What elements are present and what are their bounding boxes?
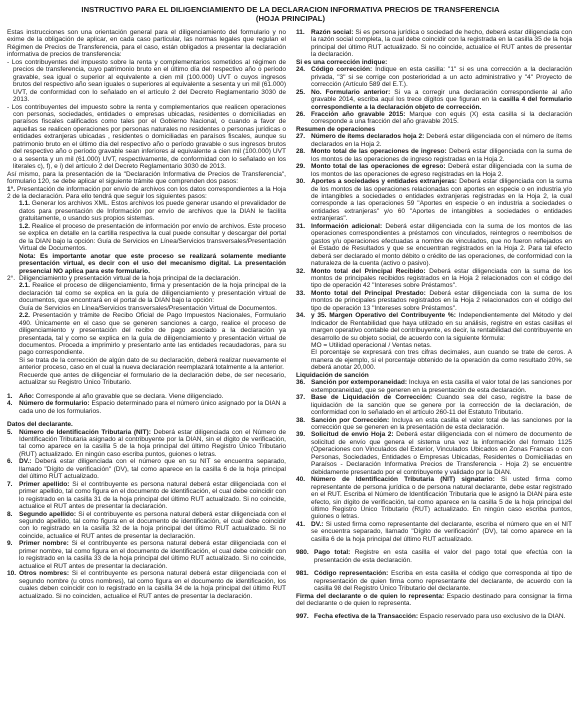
step-2-2: 2.2. Presentación y trámite de Recibo Of… xyxy=(19,312,286,357)
item-24: 24.Código corrección: Indique en esta ca… xyxy=(296,66,572,88)
item-label: Número de formulario: xyxy=(19,400,90,407)
item-number: 10. xyxy=(7,570,19,600)
item-body: Número de Identificación Tributaria (NIT… xyxy=(19,429,286,459)
item-number: 1. xyxy=(7,393,19,400)
item-31: 31.Información adicional: Deberá estar d… xyxy=(296,223,572,268)
item-number: 31. xyxy=(296,223,311,268)
item-label: Monto total del Principal Recibido: xyxy=(311,268,426,275)
item-label: Solicitud de envío Hoja 2: xyxy=(311,431,394,438)
item-4: 4.Número de formulario: Espacio determin… xyxy=(7,400,286,415)
item-26: 26.Fracción año gravable 2015: Marque co… xyxy=(296,111,572,126)
left-column: Estas instrucciones son una orientación … xyxy=(7,29,286,621)
step-2-1: 2.1. Realice el proceso de diligenciamie… xyxy=(19,282,286,304)
item-text: Corresponde al año gravable que se decla… xyxy=(34,393,224,400)
step-1-1: 1.1. Generar los archivos XML. Estos arc… xyxy=(7,200,286,222)
item-7: 7.Primer apellido: Si el contribuyente e… xyxy=(7,481,286,511)
item-number: 34. xyxy=(296,312,311,372)
item-980: 980.Pago total: Registre en esta casilla… xyxy=(296,549,572,564)
item-body: Monto total de las operaciones de egreso… xyxy=(311,163,572,178)
item-32: 32.Monto total del Principal Recibido: D… xyxy=(296,268,572,290)
item-body: Primer nombre: Si el contribuyente es pe… xyxy=(19,540,286,570)
step-1-1-label: 1.1. xyxy=(19,200,30,207)
item-body: Código representación: Escriba en esta c… xyxy=(314,570,572,592)
item-body: Sanción por Corrección: Incluya en esta … xyxy=(311,417,572,432)
item-body: Pago total: Registre en esta casilla el … xyxy=(314,549,572,564)
item-body: Fracción año gravable 2015: Marque con e… xyxy=(311,111,572,126)
step-2-1-text: Realice el proceso de diligenciamiento, … xyxy=(19,282,286,304)
step-1-text: Presentación de información por envío de… xyxy=(7,186,286,200)
item-label: Monto total de las operaciones de egreso… xyxy=(311,163,446,170)
item-number: 11. xyxy=(296,29,311,59)
item-text: Si usted firma como representante de per… xyxy=(311,476,572,520)
firma-label: Firma del declarante o de quien lo repre… xyxy=(296,593,444,600)
item-label: Código corrección: xyxy=(311,66,372,73)
item-body: Monto total de las operaciones de ingres… xyxy=(311,148,572,163)
item-label: Primer nombre: xyxy=(19,540,69,547)
item-text: Deberá estar diligenciada con el número … xyxy=(19,458,286,480)
item-number: 37. xyxy=(296,394,311,416)
item-5: 5.Número de Identificación Tributaria (N… xyxy=(7,429,286,459)
item-body: Sanción por extemporaneidad: Incluya en … xyxy=(311,379,572,394)
item-label: Fecha efectiva de la Transacción: xyxy=(314,613,418,620)
item-number: 28. xyxy=(296,148,311,163)
item-label: Año: xyxy=(19,393,34,400)
item-number: 32. xyxy=(296,268,311,290)
item-body: Número de Identificación Tributaria (NIT… xyxy=(311,476,572,521)
two-column-body: Estas instrucciones son una orientación … xyxy=(6,29,575,621)
item-label: Base de Liquidación de Corrección: xyxy=(311,394,432,401)
item-label: Información adicional: xyxy=(311,223,382,230)
item-body: Aportes a sociedades y entidades extranj… xyxy=(311,178,572,223)
item-36: 36.Sanción por extemporaneidad: Incluya … xyxy=(296,379,572,394)
item-number: 9. xyxy=(7,540,19,570)
item-30: 30.Aportes a sociedades y entidades extr… xyxy=(296,178,572,223)
step-1-2: 1.2. Realice el proceso de presentación … xyxy=(7,223,286,253)
item-label: Código representación: xyxy=(314,570,388,577)
item-27: 27.Número de ítems declarados hoja 2: De… xyxy=(296,133,572,148)
item-34-35: 34. y 35. Margen Operativo del Contribuy… xyxy=(296,312,572,372)
item-number: 40. xyxy=(296,476,311,521)
item-body: Primer apellido: Si el contribuyente es … xyxy=(19,481,286,511)
item-body: DV.: Deberá estar diligenciada con el nú… xyxy=(19,458,286,480)
item-label: Aportes a sociedades y entidades extranj… xyxy=(311,178,457,185)
item-label: Razón social: xyxy=(311,29,353,36)
item-body: Año: Corresponde al año gravable que se … xyxy=(19,393,286,400)
item-label: Otros nombres: xyxy=(19,570,69,577)
step-1-1-text: Generar los archivos XML. Estos archivos… xyxy=(19,200,286,222)
item-9: 9.Primer nombre: Si el contribuyente es … xyxy=(7,540,286,570)
item-text: Registre en esta casilla el valor del pa… xyxy=(314,549,572,563)
item-number: 5. xyxy=(7,429,19,459)
step-2-1-path: Guía de Servicios en Línea/Servicios tra… xyxy=(19,305,286,312)
item-6: 6.DV.: Deberá estar diligenciada con el … xyxy=(7,458,286,480)
item-body: Razón social: Si es persona jurídica o s… xyxy=(311,29,572,59)
step-2-2-label: 2.2. xyxy=(19,312,30,319)
item-number: 24. xyxy=(296,66,311,88)
item-text: Deberá estar diligenciada con el número … xyxy=(311,431,572,475)
item-40: 40.Número de Identificación Tributaria (… xyxy=(296,476,572,521)
item-body: Monto total del Principal Prestado: Debe… xyxy=(311,290,572,312)
item-text: Deberá estar diligenciada con la suma de… xyxy=(311,178,572,222)
item-body: Otros nombres: Si el contribuyente es pe… xyxy=(19,570,286,600)
item-number: 26. xyxy=(296,111,311,126)
right-column: 11.Razón social: Si es persona jurídica … xyxy=(296,29,572,621)
item-28: 28.Monto total de las operaciones de ing… xyxy=(296,148,572,163)
item-body: Solicitud de envío Hoja 2: Deberá estar … xyxy=(311,431,572,476)
step-1-2-label: 1.2. xyxy=(19,223,30,230)
item-25: 25.No. Formulario anterior: Si va a corr… xyxy=(296,89,572,111)
item-label: Sanción por extemporaneidad: xyxy=(311,379,407,386)
item-11: 11.Razón social: Si es persona jurídica … xyxy=(296,29,572,59)
step-2: 2°. Diligenciamiento y presentación virt… xyxy=(7,275,286,387)
formula: MO = Utilidad operacional / Ventas netas… xyxy=(311,342,572,349)
step-2-2-text: Presentación y trámite de Recibo Oficial… xyxy=(19,312,286,356)
item-body: Número de ítems declarados hoja 2: Deber… xyxy=(311,133,572,148)
item-body: Segundo apellido: Si el contribuyente es… xyxy=(19,511,286,541)
section-correccion: Si es una corrección indique: xyxy=(296,59,572,66)
item-41: 41.DV.: Si usted firma como representant… xyxy=(296,521,572,543)
item-body: Monto total del Principal Recibido: Debe… xyxy=(311,268,572,290)
bullet-1: - Los contribuyentes del impuesto sobre … xyxy=(7,59,286,104)
section-declarante: Datos del declarante. xyxy=(7,421,286,428)
item-997: 997.Fecha efectiva de la Transacción: Es… xyxy=(296,613,572,620)
item-label: Número de ítems declarados hoja 2: xyxy=(311,133,424,140)
item-text: Si usted firma como representante del de… xyxy=(311,521,572,543)
item-label: Monto total de las operaciones de ingres… xyxy=(311,148,447,155)
item-29: 29.Monto total de las operaciones de egr… xyxy=(296,163,572,178)
item-number: 8. xyxy=(7,511,19,541)
item-body: y 35. Margen Operativo del Contribuyente… xyxy=(311,312,572,372)
item-number: 38. xyxy=(296,417,311,432)
step-1-note: Nota: Es importante anotar que este proc… xyxy=(7,253,286,275)
item-body: DV.: Si usted firma como representante d… xyxy=(311,521,572,543)
item-label: Pago total: xyxy=(314,549,350,556)
item-8: 8.Segundo apellido: Si el contribuyente … xyxy=(7,511,286,541)
procedure-paragraph: Así mismo, para la presentación de la "D… xyxy=(7,171,286,186)
item-981: 981.Código representación: Escriba en es… xyxy=(296,570,572,592)
item-number: 980. xyxy=(296,549,314,564)
bullet-2: - Los contribuyentes del impuesto sobre … xyxy=(7,104,286,171)
item-label: Fracción año gravable 2015: xyxy=(311,111,405,118)
step-2-body: Diligenciamiento y presentación virtual … xyxy=(19,275,286,387)
item-number: 6. xyxy=(7,458,19,480)
item-number: 39. xyxy=(296,431,311,476)
section-resumen: Resumen de operaciones xyxy=(296,126,572,133)
step-2-1-label: 2.1. xyxy=(19,282,30,289)
rut-reminder: Recuerde que antes de diligenciar el for… xyxy=(19,372,286,387)
step-1: 1°. Presentación de información por enví… xyxy=(7,186,286,201)
item-33: 33.Monto total del Principal Prestado: D… xyxy=(296,290,572,312)
item-label: Sanción por Corrección: xyxy=(311,417,389,424)
instruction-page: INSTRUCTIVO PARA EL DILIGENCIAMIENTO DE … xyxy=(0,0,581,722)
item-label: Segundo apellido: xyxy=(19,511,76,518)
item-label: Número de Identificación Tributaria (NIT… xyxy=(19,429,151,436)
page-title: INSTRUCTIVO PARA EL DILIGENCIAMIENTO DE … xyxy=(6,5,575,23)
item-text: Espacio reservado para uso exclusivo de … xyxy=(418,613,565,620)
item-number: 33. xyxy=(296,290,311,312)
step-1-2-text: Realice el proceso de presentación de in… xyxy=(19,223,286,252)
item-number: 7. xyxy=(7,481,19,511)
item-text: Deberá estar diligenciada con la suma de… xyxy=(311,223,572,267)
item-number: 25. xyxy=(296,89,311,111)
item-10: 10.Otros nombres: Si el contribuyente es… xyxy=(7,570,286,600)
item-1: 1.Año: Corresponde al año gravable que s… xyxy=(7,393,286,400)
step-2-label: 2°. xyxy=(7,275,19,387)
item-number: 27. xyxy=(296,133,311,148)
item-body: No. Formulario anterior: Si va a corregi… xyxy=(311,89,572,111)
item-label: No. Formulario anterior: xyxy=(311,89,390,96)
item-number: 4. xyxy=(7,400,19,415)
firma-declarante: Firma del declarante o de quien lo repre… xyxy=(296,593,572,608)
item-body: Fecha efectiva de la Transacción: Espaci… xyxy=(314,613,572,620)
item-39: 39.Solicitud de envío Hoja 2: Deberá est… xyxy=(296,431,572,476)
item-number: 36. xyxy=(296,379,311,394)
item-38: 38.Sanción por Corrección: Incluya en es… xyxy=(296,417,572,432)
section-sancion: Liquidación de sanción xyxy=(296,372,572,379)
item-label: Número de Identificación Tributaria (NIT… xyxy=(311,476,495,483)
item-37: 37.Base de Liquidación de Corrección: Cu… xyxy=(296,394,572,416)
intro-paragraph: Estas instrucciones son una orientación … xyxy=(7,29,286,59)
correction-note: Si se trata de la corrección de algún da… xyxy=(19,357,286,372)
item-number: 30. xyxy=(296,178,311,223)
item-label: DV.: xyxy=(311,521,324,528)
item-main: y 35. Margen Operativo del Contribuyente… xyxy=(311,312,572,342)
item-label: Primer apellido: xyxy=(19,481,69,488)
item-body: Base de Liquidación de Corrección: Cuand… xyxy=(311,394,572,416)
item-number: 29. xyxy=(296,163,311,178)
item-body: Código corrección: Indique en esta casil… xyxy=(311,66,572,88)
item-number: 981. xyxy=(296,570,314,592)
step-1-label: 1°. xyxy=(7,186,15,193)
item-label: DV.: xyxy=(19,458,32,465)
item-body: Información adicional: Deberá estar dili… xyxy=(311,223,572,268)
item-number: 41. xyxy=(296,521,311,543)
formula-note: El porcentaje se expresará con tres cifr… xyxy=(311,349,572,371)
item-label: y 35. Margen Operativo del Contribuyente… xyxy=(311,312,456,319)
item-label: Monto total del Principal Prestado: xyxy=(311,290,426,297)
title-line-1: INSTRUCTIVO PARA EL DILIGENCIAMIENTO DE … xyxy=(6,5,575,14)
step-2-text: Diligenciamiento y presentación virtual … xyxy=(19,275,286,282)
item-body: Número de formulario: Espacio determinad… xyxy=(19,400,286,415)
item-number: 997. xyxy=(296,613,314,620)
title-line-2: (HOJA PRINCIPAL) xyxy=(6,14,575,23)
